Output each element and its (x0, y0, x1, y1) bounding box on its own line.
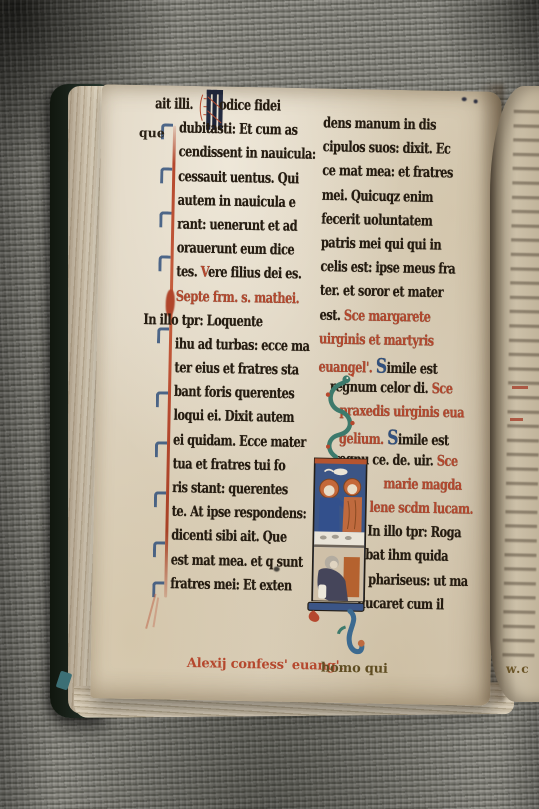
manuscript-text-line: In illo tpr: Roga (367, 523, 467, 549)
manuscript-text-line: mei. Quicuqz enim (322, 186, 474, 213)
text-segment: est mat mea. et q sunt (171, 551, 303, 571)
text-segment: orauerunt eum dice (177, 239, 295, 259)
manuscript-text-line: dens manum in dis (323, 114, 475, 141)
manuscript-text-line: ei quidam. Ecce mater (173, 431, 321, 458)
text-segment: lene scdm lucam. (369, 499, 473, 518)
text-segment: Sce (431, 380, 452, 398)
manuscript-text-line: dicenti sibi ait. Que (171, 527, 319, 554)
text-segment: ter. et soror et mater (320, 282, 443, 302)
text-segment: dens manum in dis (323, 114, 436, 133)
blue-margin-flourish (155, 441, 167, 457)
blue-margin-flourish (159, 211, 171, 227)
catchword: homo qui (321, 661, 388, 677)
manuscript-text-line: patris mei qui qui in (321, 234, 473, 261)
text-segment: ris stant: querentes (172, 479, 288, 498)
text-segment: ei quidam. Ecce mater (173, 431, 306, 451)
manuscript-text-line: fecerit uoluntatem (321, 210, 473, 237)
manuscript-text-line: ihu ad turbas: ecce ma (175, 335, 323, 362)
manuscript-text-line: ducaret cum il (357, 594, 465, 620)
text-segment: ter eius et fratres sta (174, 359, 298, 379)
text-segment: ducaret cum il (358, 594, 444, 613)
text-segment: celis est: ipse meus fra (320, 258, 455, 278)
text-segment: Sce margarete (344, 307, 431, 326)
text-segment: est. (319, 306, 344, 324)
manuscript-text-line: rant: uenerunt et ad (177, 216, 325, 243)
manuscript-text-line: ce mat mea: et fratres (322, 162, 474, 189)
margin-word: que (139, 125, 165, 140)
facing-page-rubric-fragment (510, 418, 523, 421)
manuscript-text-line: orauerunt eum dice (177, 239, 325, 266)
manuscript-text-line: bat ihm quida (365, 547, 466, 573)
text-segment: fratres mei: Et exten (170, 575, 292, 595)
text-segment: te. At ipse respondens: (172, 503, 307, 523)
blue-margin-flourish (160, 167, 172, 183)
text-segment: loqui ei. Dixit autem (173, 407, 294, 427)
text-segment: uirginis et martyris (319, 330, 434, 349)
manuscript-text-line: ris stant: querentes (172, 479, 320, 506)
text-segment: bant foris querentes (174, 383, 294, 403)
text-segment: dubitasti: Et cum as (179, 120, 298, 140)
manuscript-text-line: ter eius et fratres sta (174, 359, 322, 386)
text-segment: ihu ad turbas: ecce ma (175, 335, 310, 355)
manuscript-text-line: est. Sce margarete (319, 306, 471, 333)
blue-margin-flourish (154, 491, 166, 507)
text-column-left: ait illi.odice fideidubitasti: Et cum as… (170, 96, 327, 602)
manuscript-text-line: loqui ei. Dixit autem (173, 407, 321, 434)
manuscript-text-line: autem in nauicula e (177, 192, 325, 219)
text-segment: cendissent in nauicula: (178, 144, 315, 164)
text-segment: In illo tpr: Loquente (143, 311, 262, 331)
manuscript-text-line: lene scdm lucam. (369, 499, 467, 525)
manuscript-text-line: tes. Vere filius dei es. (176, 263, 324, 290)
text-segment: tes. (176, 263, 201, 281)
text-segment: bat ihm quida (365, 547, 448, 566)
manuscript-text-line: fratres mei: Et exten (170, 575, 318, 602)
manuscript-text-line: te. At ipse respondens: (171, 503, 319, 530)
facing-page-rubric-fragment (512, 386, 528, 389)
historiated-initial-i-icon (305, 370, 375, 667)
manuscript-text-line: phariseus: ut ma (368, 571, 466, 597)
text-segment: ce mat mea: et fratres (322, 162, 453, 182)
text-segment: imile est (386, 360, 437, 378)
text-segment: tua et fratres tui fo (172, 455, 285, 474)
text-segment: Sce (437, 452, 458, 470)
manuscript-photo: que ait illi.odice fideidubitasti: Et cu… (0, 0, 539, 809)
manuscript-text-line: dubitasti: Et cum as (179, 120, 327, 147)
text-segment: imile est (398, 432, 449, 450)
stain-speck (462, 97, 467, 101)
text-segment: phariseus: ut ma (368, 571, 468, 590)
text-segment: autem in nauicula e (178, 192, 296, 212)
quire-signature: w.c (506, 662, 530, 676)
manuscript-text-line: Septe frm. s. mathei. (176, 287, 324, 314)
text-segment: ere filius dei es. (208, 264, 302, 283)
manuscript-text-line: marie magda (383, 475, 467, 501)
text-segment: ait illi. (155, 95, 193, 113)
text-segment: marie magda (383, 475, 462, 494)
blue-margin-flourish (153, 541, 165, 557)
text-segment: cipulos suos: dixit. Ec (323, 138, 451, 158)
manuscript-text-line: est mat mea. et q sunt (171, 551, 319, 578)
text-segment: fecerit uoluntatem (321, 210, 432, 229)
blue-margin-flourish (156, 391, 168, 407)
manuscript-text-line: In illo tpr: Loquente (143, 311, 323, 338)
text-segment: Septe frm. s. mathei. (176, 287, 300, 307)
manuscript-book: que ait illi.odice fideidubitasti: Et cu… (50, 80, 539, 725)
facing-page-edge: w.c (490, 86, 539, 702)
text-segment: dicenti sibi ait. Que (171, 527, 287, 546)
stain-speck (274, 567, 280, 572)
manuscript-text-line: bant foris querentes (174, 383, 322, 410)
manuscript-text-line: tua et fratres tui fo (172, 455, 320, 482)
blue-margin-flourish (158, 255, 170, 271)
text-segment: patris mei qui qui in (321, 234, 442, 254)
manuscript-page-verso: que ait illi.odice fideidubitasti: Et cu… (90, 84, 502, 706)
text-segment: S (387, 427, 398, 450)
text-segment: mei. Quicuqz enim (322, 186, 434, 205)
manuscript-text-line: ait illi.odice fidei (155, 95, 328, 122)
text-segment: odice fidei (219, 96, 281, 114)
manuscript-text-line: cendissent in nauicula: (178, 144, 326, 171)
text-segment: S (376, 355, 387, 378)
text-segment: In illo tpr: Roga (367, 523, 461, 542)
manuscript-text-line: cipulos suos: dixit. Ec (322, 138, 474, 165)
text-segment: rant: uenerunt et ad (177, 216, 297, 236)
manuscript-text-line: celis est: ipse meus fra (320, 258, 472, 285)
manuscript-text-line: ter. et soror et mater (320, 282, 472, 309)
manuscript-text-line: uirginis et martyris (319, 330, 471, 357)
manuscript-text-line: cessauit uentus. Qui (178, 168, 326, 195)
text-segment: cessauit uentus. Qui (178, 168, 299, 188)
